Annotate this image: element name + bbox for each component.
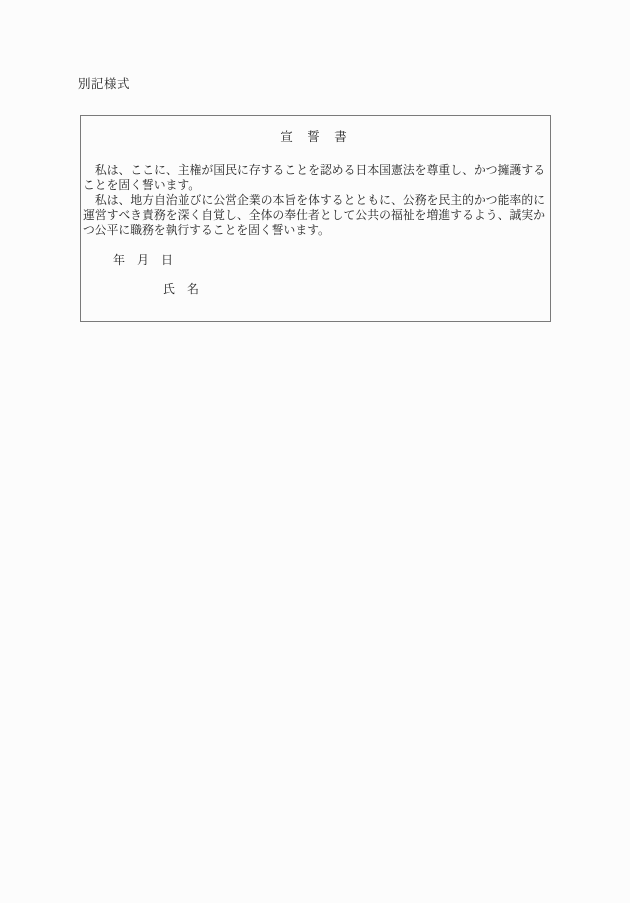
oath-paragraph-duties: 私は、地方自治並びに公営企業の本旨を体するとともに、公務を民主的かつ能率的に運営…: [83, 193, 545, 238]
oath-title: 宣 誓 書: [83, 130, 545, 145]
oath-form-box: 宣 誓 書 私は、ここに、主権が国民に存することを認める日本国憲法を尊重し、かつ…: [80, 115, 551, 322]
date-field-label: 年 月 日: [83, 253, 545, 268]
name-field-label: 氏 名: [83, 282, 545, 297]
oath-body: 私は、ここに、主権が国民に存することを認める日本国憲法を尊重し、かつ擁護すること…: [83, 163, 545, 238]
oath-paragraph-constitution: 私は、ここに、主権が国民に存することを認める日本国憲法を尊重し、かつ擁護すること…: [83, 163, 545, 193]
document-page: 別記様式 宣 誓 書 私は、ここに、主権が国民に存することを認める日本国憲法を尊…: [0, 0, 630, 903]
form-style-label: 別記様式: [78, 77, 130, 92]
